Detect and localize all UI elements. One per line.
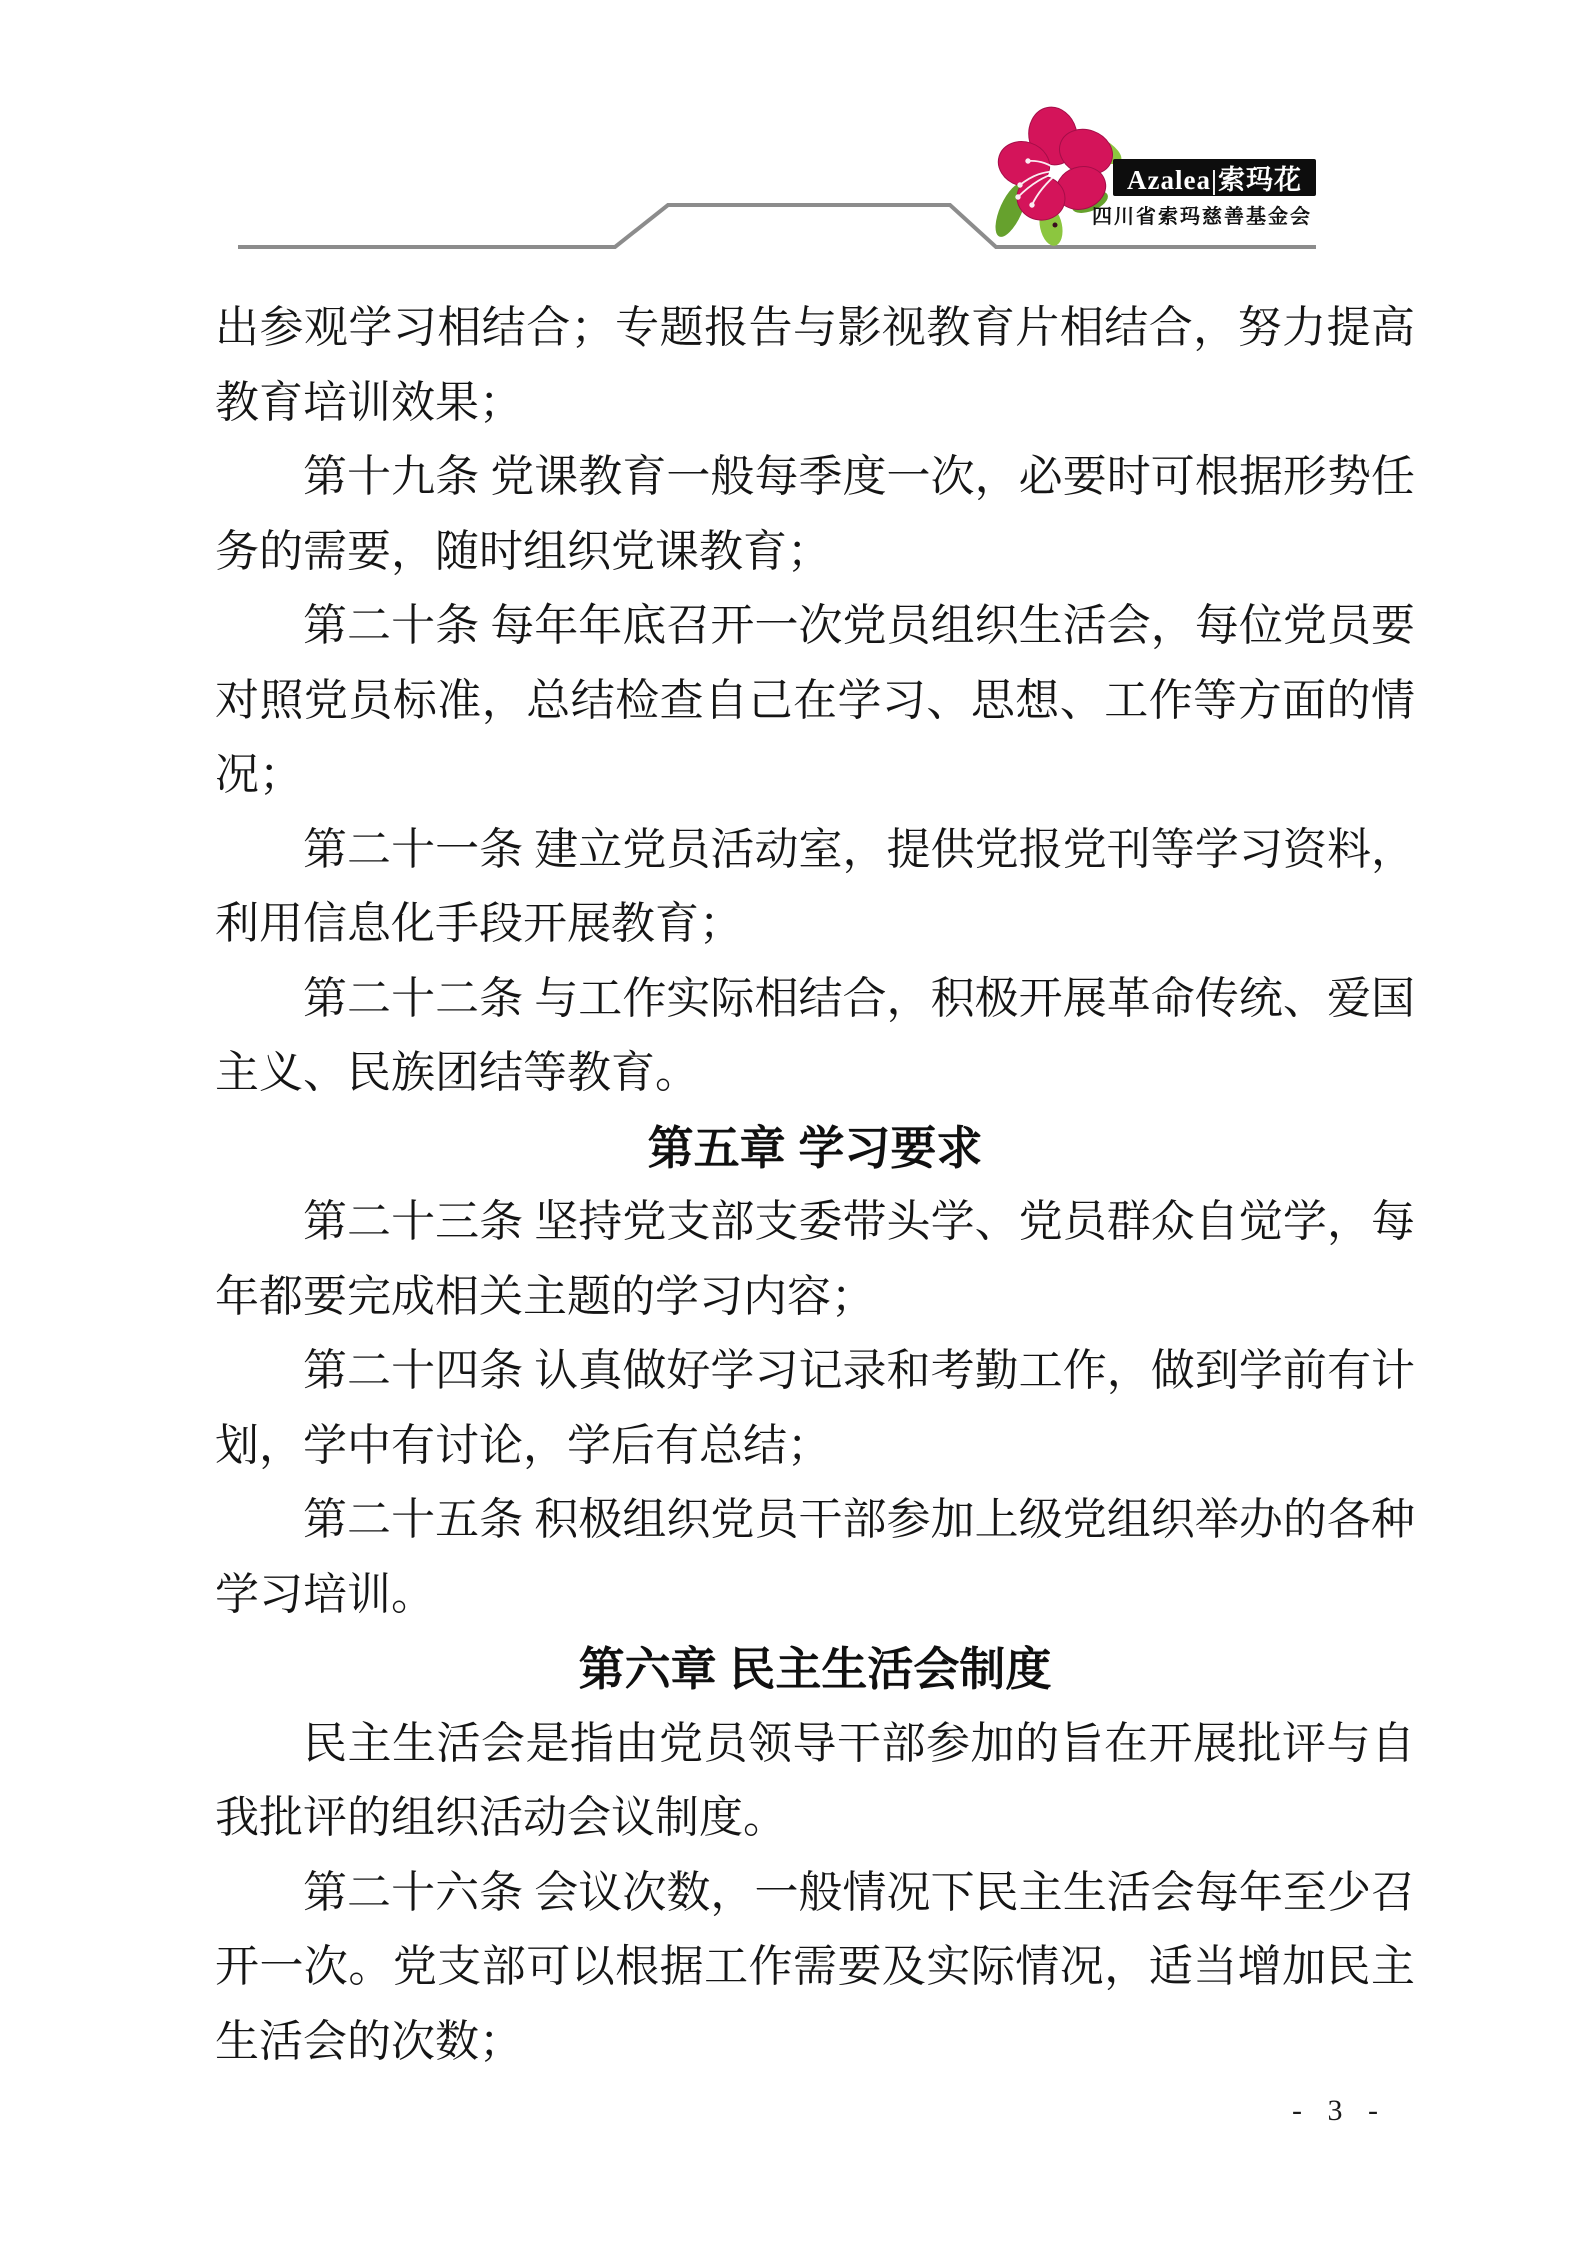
- logo-brand-box: Azalea|索玛花: [1113, 159, 1316, 196]
- paragraph-article-22: 第二十二条 与工作实际相结合，积极开展革命传统、爱国主义、民族团结等教育。: [215, 962, 1415, 1111]
- paragraph-article-24: 第二十四条 认真做好学习记录和考勤工作，做到学前有计划，学中有讨论，学后有总结；: [215, 1334, 1415, 1483]
- page: Azalea|索玛花 四川省索玛慈善基金会 出参观学习相结合；专题报告与影视教育…: [0, 0, 1587, 2245]
- flower-bud-dot: [1053, 223, 1058, 228]
- paragraph-article-20: 第二十条 每年年底召开一次党员组织生活会，每位党员要对照党员标准，总结检查自己在…: [215, 589, 1415, 813]
- header-divider-line: [0, 0, 1587, 300]
- chapter-heading-6: 第六章 民主生活会制度: [215, 1632, 1415, 1707]
- logo-org-text: 四川省索玛慈善基金会: [1084, 200, 1320, 229]
- paragraph-article-19: 第十九条 党课教育一般每季度一次，必要时可根据形势任务的需要，随时组织党课教育；: [215, 440, 1415, 589]
- logo-brand-text: Azalea|索玛花: [1127, 158, 1302, 197]
- paragraph-article-21: 第二十一条 建立党员活动室，提供党报党刊等学习资料，利用信息化手段开展教育；: [215, 813, 1415, 962]
- document-body: 出参观学习相结合；专题报告与影视教育片相结合，努力提高教育培训效果； 第十九条 …: [215, 291, 1415, 2079]
- chapter-heading-5: 第五章 学习要求: [215, 1111, 1415, 1186]
- paragraph-article-26: 第二十六条 会议次数，一般情况下民主生活会每年至少召开一次。党支部可以根据工作需…: [215, 1856, 1415, 2080]
- paragraph-intro-dems: 民主生活会是指由党员领导干部参加的旨在开展批评与自我批评的组织活动会议制度。: [215, 1707, 1415, 1856]
- page-number: - 3 -: [1292, 2094, 1387, 2128]
- paragraph-article-23: 第二十三条 坚持党支部支委带头学、党员群众自觉学，每年都要完成相关主题的学习内容…: [215, 1185, 1415, 1334]
- paragraph-article-25: 第二十五条 积极组织党员干部参加上级党组织举办的各种学习培训。: [215, 1483, 1415, 1632]
- paragraph-continuation: 出参观学习相结合；专题报告与影视教育片相结合，努力提高教育培训效果；: [215, 291, 1415, 440]
